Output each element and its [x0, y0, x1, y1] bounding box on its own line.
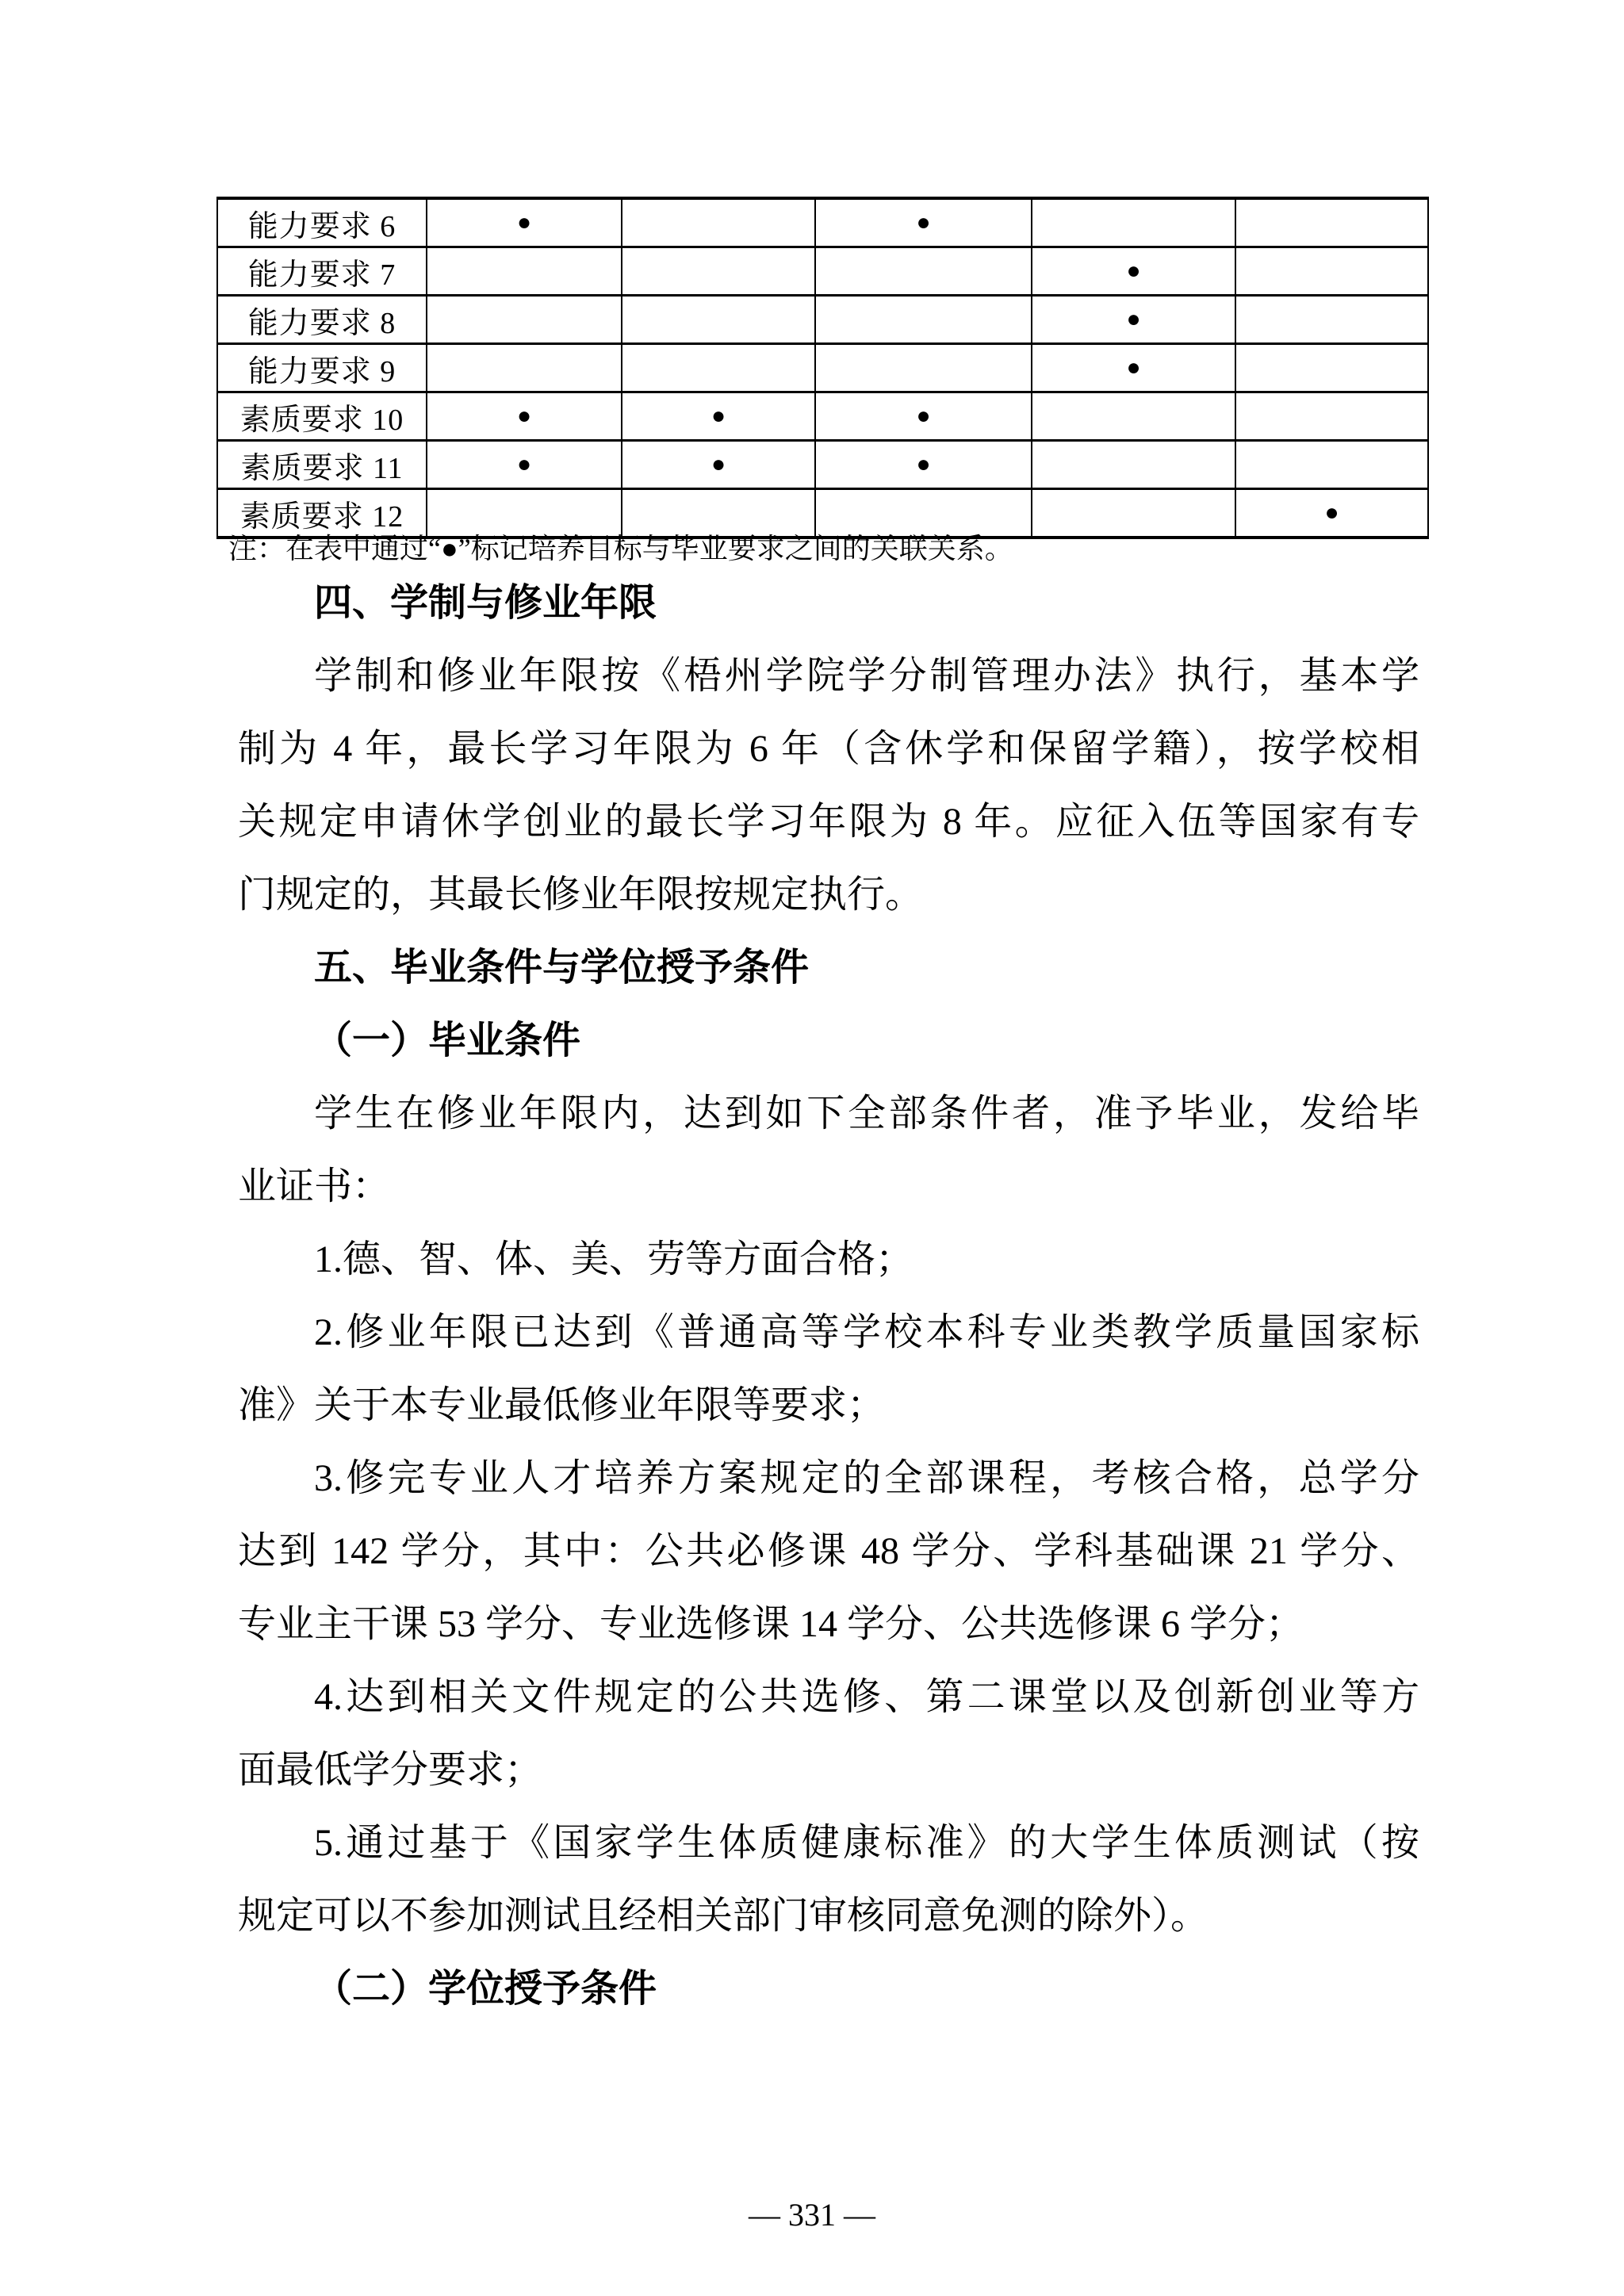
document-page: 能力要求 6 ● ● 能力要求 7 ● 能力要求 8 ●: [0, 0, 1624, 2296]
matrix-cell: [622, 344, 815, 392]
list-item-5: 5.通过基于《国家学生体质健康标准》的大学生体质测试（按: [238, 1807, 1419, 1880]
paragraph-line: 准》关于本专业最低修业年限等要求；: [238, 1369, 1419, 1442]
table-row: 能力要求 9 ●: [217, 344, 1428, 392]
row-label: 能力要求 7: [217, 247, 427, 296]
row-label: 能力要求 8: [217, 296, 427, 344]
paragraph-line: 关规定申请休学创业的最长学习年限为 8 年。应征入伍等国家有专: [238, 786, 1419, 859]
matrix-cell: [1235, 247, 1428, 296]
matrix-cell: [1235, 198, 1428, 247]
matrix-cell: [1032, 198, 1235, 247]
matrix-cell: ●: [427, 198, 622, 247]
matrix-cell: ●: [815, 441, 1032, 489]
table-note: 注：在表中通过“●”标记培养目标与毕业要求之间的关联关系。: [228, 530, 1434, 568]
section-heading-5: 五、毕业条件与学位授予条件: [238, 932, 1419, 1004]
matrix-cell: [1235, 296, 1428, 344]
row-label: 素质要求 11: [217, 441, 427, 489]
list-item-4: 4.达到相关文件规定的公共选修、第二课堂以及创新创业等方: [238, 1661, 1419, 1734]
table-row: 能力要求 6 ● ●: [217, 198, 1428, 247]
matrix-cell: ●: [1032, 296, 1235, 344]
table-row: 素质要求 11 ● ● ●: [217, 441, 1428, 489]
page-number: — 331 —: [0, 2195, 1624, 2236]
section-heading-4: 四、学制与修业年限: [238, 567, 1419, 640]
subsection-heading-1: （一）毕业条件: [238, 1004, 1419, 1077]
matrix-cell: ●: [815, 392, 1032, 441]
matrix-cell: ●: [1032, 247, 1235, 296]
matrix-cell: [1032, 392, 1235, 441]
paragraph-line: 门规定的，其最长修业年限按规定执行。: [238, 859, 1419, 932]
paragraph-line: 学生在修业年限内，达到如下全部条件者，准予毕业，发给毕: [238, 1077, 1419, 1150]
relation-matrix-table: 能力要求 6 ● ● 能力要求 7 ● 能力要求 8 ●: [216, 197, 1429, 539]
matrix-cell: [622, 296, 815, 344]
matrix-cell: ●: [427, 392, 622, 441]
list-item-1: 1.德、智、体、美、劳等方面合格；: [238, 1223, 1419, 1296]
matrix-cell: ●: [1032, 344, 1235, 392]
paragraph-line: 规定可以不参加测试且经相关部门审核同意免测的除外）。: [238, 1880, 1419, 1953]
subsection-heading-2: （二）学位授予条件: [238, 1953, 1419, 2026]
table-row: 能力要求 8 ●: [217, 296, 1428, 344]
paragraph-line: 专业主干课 53 学分、专业选修课 14 学分、公共选修课 6 学分；: [238, 1588, 1419, 1661]
matrix-cell: ●: [815, 198, 1032, 247]
matrix-cell: [815, 296, 1032, 344]
matrix-cell: [622, 198, 815, 247]
table-row: 能力要求 7 ●: [217, 247, 1428, 296]
row-label: 能力要求 9: [217, 344, 427, 392]
list-item-2: 2.修业年限已达到《普通高等学校本科专业类教学质量国家标: [238, 1296, 1419, 1369]
document-body: 四、学制与修业年限 学制和修业年限按《梧州学院学分制管理办法》执行，基本学 制为…: [238, 567, 1419, 2026]
table-row: 素质要求 10 ● ● ●: [217, 392, 1428, 441]
matrix-cell: [815, 247, 1032, 296]
matrix-cell: [427, 247, 622, 296]
row-label: 能力要求 6: [217, 198, 427, 247]
matrix-cell: [427, 296, 622, 344]
paragraph-line: 面最低学分要求；: [238, 1734, 1419, 1807]
matrix-cell: [1235, 392, 1428, 441]
row-label: 素质要求 10: [217, 392, 427, 441]
matrix-cell: [622, 247, 815, 296]
matrix-cell: ●: [622, 441, 815, 489]
matrix-cell: [815, 344, 1032, 392]
paragraph-line: 达到 142 学分，其中：公共必修课 48 学分、学科基础课 21 学分、: [238, 1515, 1419, 1588]
matrix-cell: [1235, 441, 1428, 489]
matrix-cell: ●: [622, 392, 815, 441]
matrix-cell: [1235, 344, 1428, 392]
list-item-3: 3.修完专业人才培养方案规定的全部课程，考核合格，总学分: [238, 1442, 1419, 1515]
matrix-cell: [1032, 441, 1235, 489]
matrix-cell: ●: [427, 441, 622, 489]
matrix-cell: [427, 344, 622, 392]
paragraph-line: 业证书：: [238, 1150, 1419, 1223]
paragraph-line: 学制和修业年限按《梧州学院学分制管理办法》执行，基本学: [238, 640, 1419, 713]
paragraph-line: 制为 4 年，最长学习年限为 6 年（含休学和保留学籍），按学校相: [238, 713, 1419, 786]
